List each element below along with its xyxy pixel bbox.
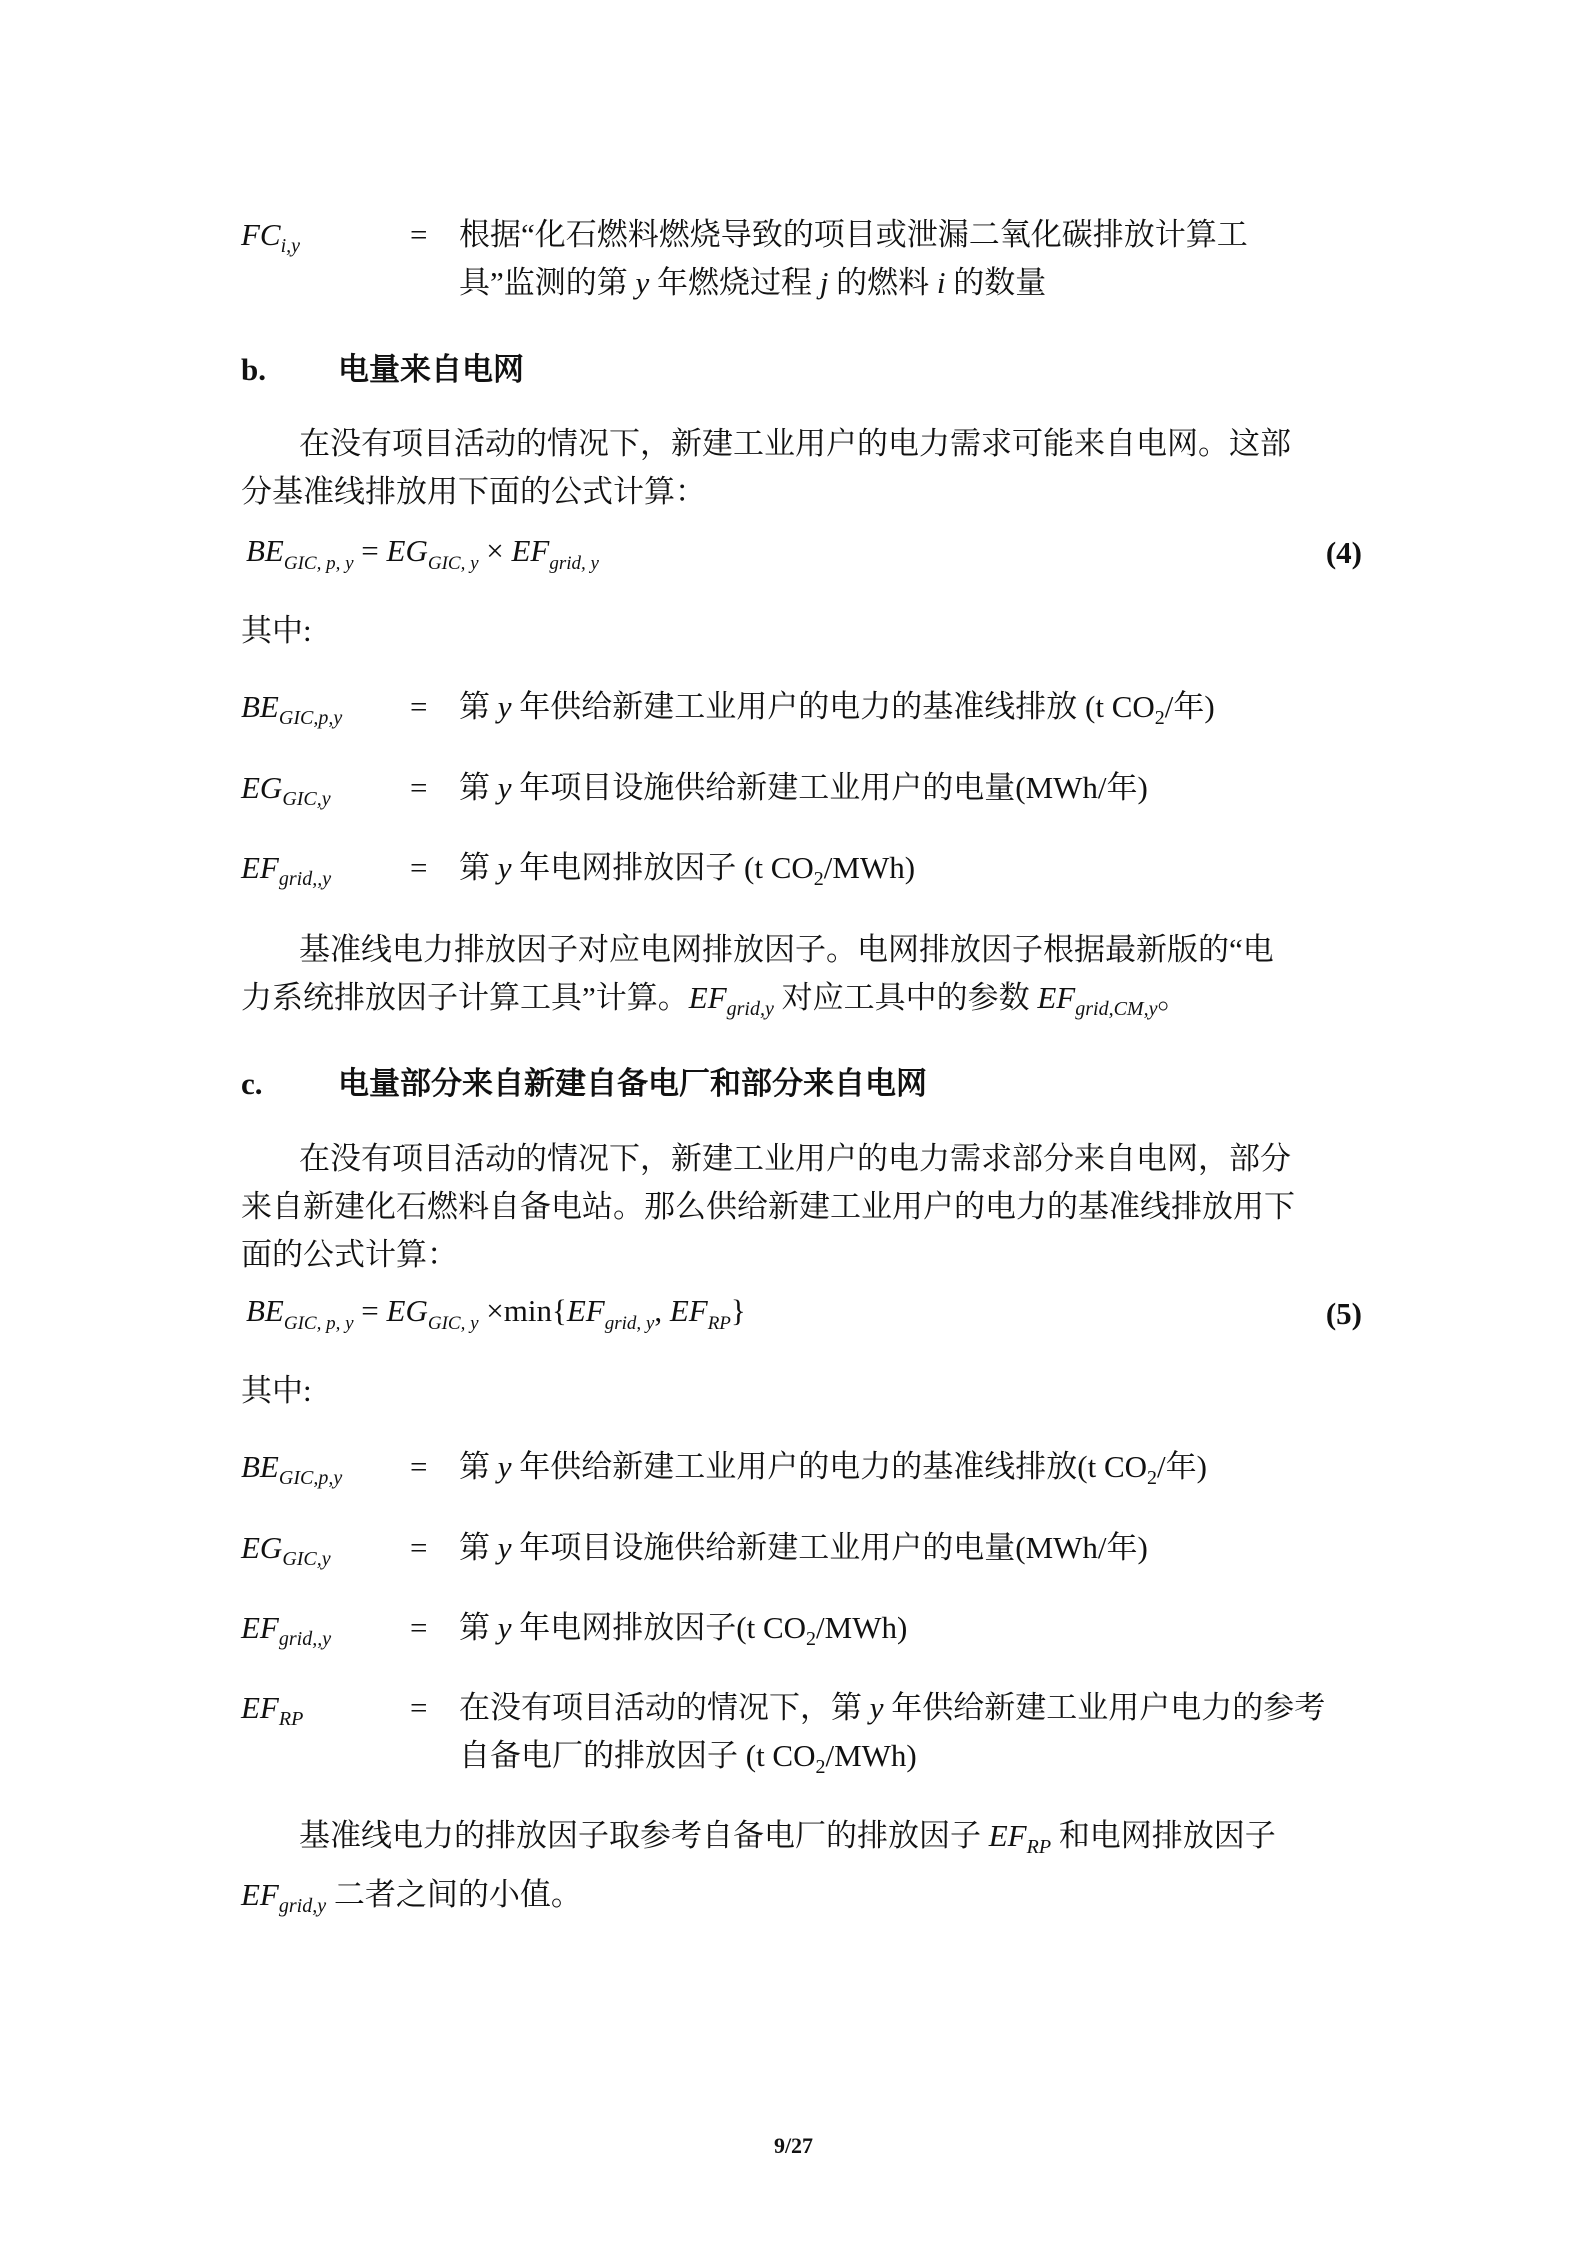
section-b-heading: b.电量来自电网 bbox=[241, 344, 524, 389]
var-eg-gic-b: EGGIC,y bbox=[241, 770, 331, 811]
var-ef-grid-c: EFgrid,,y bbox=[241, 1610, 331, 1651]
section-b-intro: 在没有项目活动的情况下，新建工业用户的电力需求可能来自电网。这部 分基准线排放用… bbox=[241, 420, 1356, 516]
fc-definition-text: 根据“化石燃料燃烧导致的项目或泄漏二氧化碳排放计算工 具”监测的第 y 年燃烧过… bbox=[459, 211, 1359, 307]
page-number: 9/27 bbox=[0, 2133, 1587, 2159]
equals: = bbox=[410, 689, 427, 725]
var-be-gic-b-def: 第 y 年供给新建工业用户的电力的基准线排放 (t CO2/年) bbox=[459, 683, 1359, 742]
var-eg-gic-b-def: 第 y 年项目设施供给新建工业用户的电量(MWh/年) bbox=[459, 764, 1359, 812]
formula-4: BEGIC, p, y = EGGIC, y × EFgrid, y bbox=[246, 533, 599, 575]
fc-symbol: FCi,y bbox=[241, 217, 300, 258]
equals: = bbox=[410, 770, 427, 806]
var-eg-gic-c-def: 第 y 年项目设施供给新建工业用户的电量(MWh/年) bbox=[459, 1524, 1359, 1572]
var-be-gic-c-def: 第 y 年供给新建工业用户的电力的基准线排放(t CO2/年) bbox=[459, 1443, 1359, 1502]
var-ef-rp: EFRP bbox=[241, 1690, 303, 1731]
section-c-conclusion: 基准线电力的排放因子取参考自备电厂的排放因子 EFRP 和电网排放因子 EFgr… bbox=[241, 1812, 1356, 1930]
section-c-heading: c.电量部分来自新建自备电厂和部分来自电网 bbox=[241, 1058, 927, 1103]
document-page: FCi,y = 根据“化石燃料燃烧导致的项目或泄漏二氧化碳排放计算工 具”监测的… bbox=[0, 0, 1587, 2245]
equals: = bbox=[410, 1610, 427, 1646]
var-ef-grid-b-def: 第 y 年电网排放因子 (t CO2/MWh) bbox=[459, 844, 1359, 903]
where-label-c: 其中: bbox=[241, 1365, 312, 1410]
equation-number-5: (5) bbox=[1326, 1296, 1362, 1332]
var-be-gic-c: BEGIC,p,y bbox=[241, 1449, 342, 1490]
equals: = bbox=[410, 1530, 427, 1566]
var-be-gic-b: BEGIC,p,y bbox=[241, 689, 342, 730]
var-eg-gic-c: EGGIC,y bbox=[241, 1530, 331, 1571]
section-b-note: 基准线电力排放因子对应电网排放因子。电网排放因子根据最新版的“电 力系统排放因子… bbox=[241, 926, 1356, 1033]
var-ef-rp-def: 在没有项目活动的情况下，第 y 年供给新建工业用户电力的参考 自备电厂的排放因子… bbox=[459, 1684, 1359, 1791]
var-ef-grid-c-def: 第 y 年电网排放因子(t CO2/MWh) bbox=[459, 1604, 1359, 1663]
equation-number-4: (4) bbox=[1326, 535, 1362, 571]
var-ef-grid-b: EFgrid,,y bbox=[241, 850, 331, 891]
equals: = bbox=[410, 1449, 427, 1485]
equals: = bbox=[410, 850, 427, 886]
formula-5: BEGIC, p, y = EGGIC, y ×min{EFgrid, y, E… bbox=[246, 1293, 746, 1335]
section-c-intro: 在没有项目活动的情况下，新建工业用户的电力需求部分来自电网，部分 来自新建化石燃… bbox=[241, 1135, 1356, 1279]
where-label-b: 其中: bbox=[241, 605, 312, 650]
fc-equals: = bbox=[410, 217, 427, 253]
equals: = bbox=[410, 1690, 427, 1726]
